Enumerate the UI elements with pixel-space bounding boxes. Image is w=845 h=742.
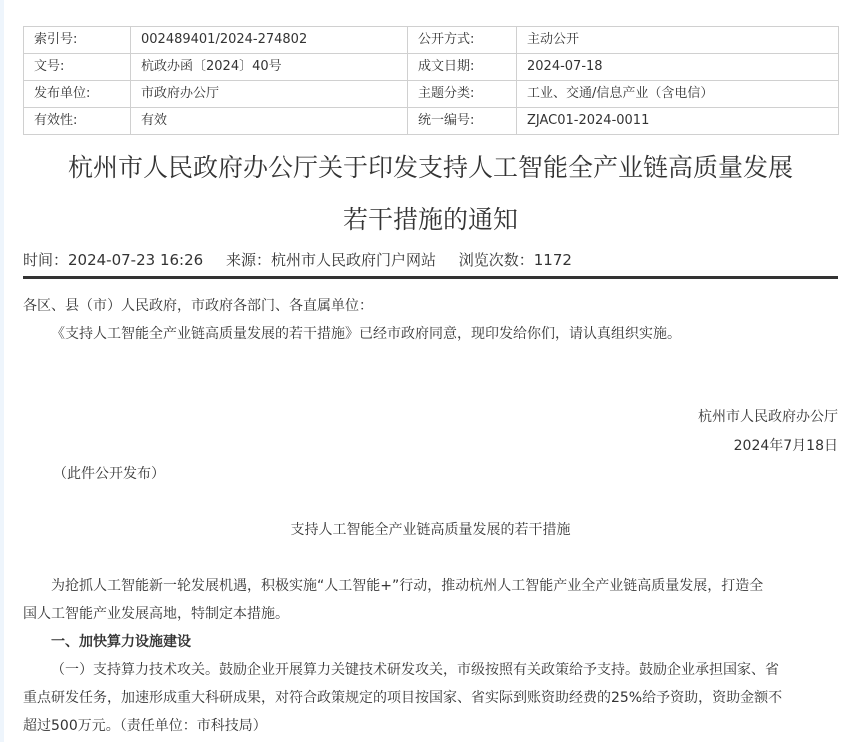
topic-value: 工业、交通/信息产业（含电信） [517,81,839,108]
subtitle: 支持人工智能全产业链高质量发展的若干措施 [23,519,838,539]
index-number-label: 索引号: [24,27,131,54]
view-count: 浏览次数：1172 [459,251,572,269]
publish-time: 时间：2024-07-23 16:26 [23,251,203,269]
metadata-table: 索引号: 002489401/2024-274802 公开方式: 主动公开 文号… [23,26,839,135]
validity-label: 有效性: [24,108,131,135]
divider [23,276,838,279]
unified-number-label: 统一编号: [408,108,517,135]
title-line-1: 杭州市人民政府办公厅关于印发支持人工智能全产业链高质量发展 [23,142,838,194]
index-number-value: 002489401/2024-274802 [131,27,408,54]
salutation: 各区、县（市）人民政府，市政府各部门、各直属单位： [23,295,373,315]
unified-number-value: ZJAC01-2024-0011 [517,108,839,135]
disclosure-method-value: 主动公开 [517,27,839,54]
doc-number-value: 杭政办函〔2024〕40号 [131,54,408,81]
disclosure-method-label: 公开方式: [408,27,517,54]
left-edge-strip [0,0,4,742]
issuer-value: 市政府办公厅 [131,81,408,108]
written-date-value: 2024-07-18 [517,54,839,81]
public-note: （此件公开发布） [53,463,165,483]
table-row: 发布单位: 市政府办公厅 主题分类: 工业、交通/信息产业（含电信） [24,81,839,108]
paragraph-line: 重点研发任务，加速形成重大科研成果，对符合政策规定的项目按国家、省实际到账资助经… [23,687,782,707]
paragraph-line: 超过500万元。（责任单位：市科技局） [23,715,267,735]
article-meta: 时间：2024-07-23 16:26 来源：杭州市人民政府门户网站 浏览次数：… [23,249,590,270]
issuer-label: 发布单位: [24,81,131,108]
section-heading: 一、加快算力设施建设 [51,631,191,651]
topic-label: 主题分类: [408,81,517,108]
table-row: 有效性: 有效 统一编号: ZJAC01-2024-0011 [24,108,839,135]
written-date-label: 成文日期: [408,54,517,81]
paragraph-line: 国人工智能产业发展高地，特制定本措施。 [23,603,289,623]
source: 来源：杭州市人民政府门户网站 [226,251,436,269]
signature-org: 杭州市人民政府办公厅 [698,406,838,426]
intro-paragraph: 《支持人工智能全产业链高质量发展的若干措施》已经市政府同意，现印发给你们，请认真… [51,323,681,343]
title-line-2: 若干措施的通知 [23,194,838,246]
table-row: 索引号: 002489401/2024-274802 公开方式: 主动公开 [24,27,839,54]
table-row: 文号: 杭政办函〔2024〕40号 成文日期: 2024-07-18 [24,54,839,81]
validity-value: 有效 [131,108,408,135]
paragraph-line: （一）支持算力技术攻关。鼓励企业开展算力关键技术研发攻关，市级按照有关政策给予支… [51,659,779,679]
signature-date: 2024年7月18日 [734,435,838,455]
page-title: 杭州市人民政府办公厅关于印发支持人工智能全产业链高质量发展 若干措施的通知 [23,142,838,246]
paragraph-line: 为抢抓人工智能新一轮发展机遇，积极实施“人工智能+”行动，推动杭州人工智能产业全… [51,575,763,595]
doc-number-label: 文号: [24,54,131,81]
